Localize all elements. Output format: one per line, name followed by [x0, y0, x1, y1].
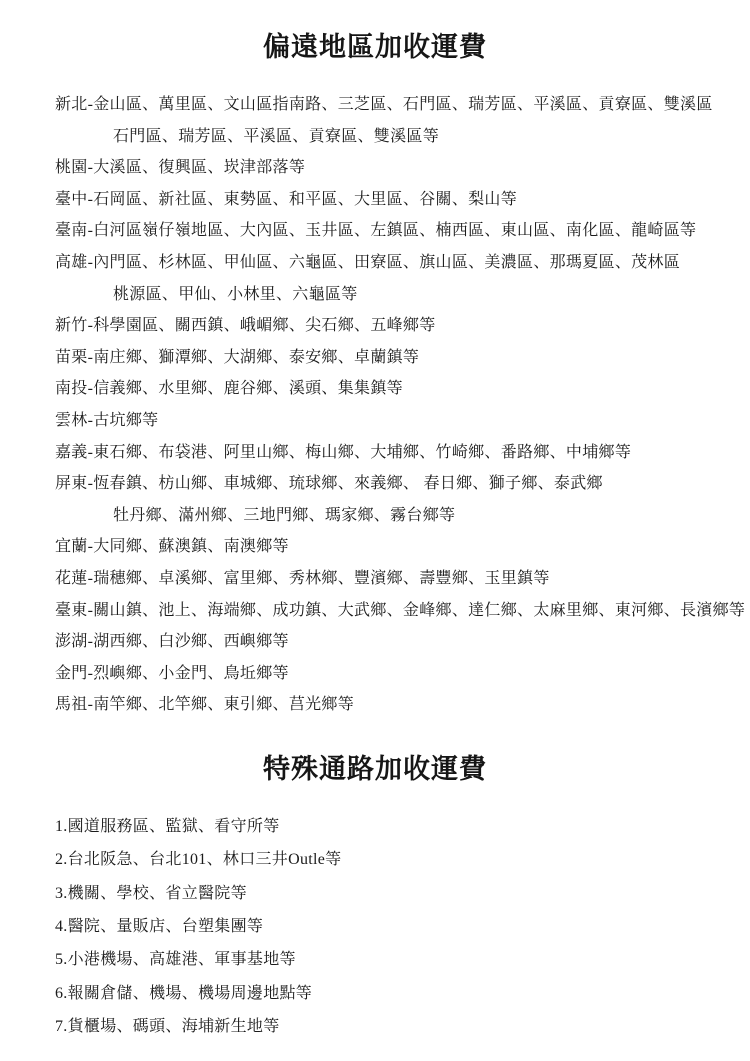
special-channel-section-title: 特殊通路加收運費 [0, 752, 750, 786]
remote-line-yilan: 宜蘭-大同鄉、蘇澳鎮、南澳鄉等 [55, 531, 740, 563]
remote-line-xinbei-cont: 石門區、瑞芳區、平溪區、貢寮區、雙溪區等 [55, 121, 740, 153]
remote-line-pingtung-cont: 牡丹鄉、滿州鄉、三地門鄉、瑪家鄉、霧台鄉等 [55, 500, 740, 532]
remote-area-section-title: 偏遠地區加收運費 [0, 30, 750, 64]
special-item-7: 7.貨櫃場、碼頭、海埔新生地等 [55, 1010, 740, 1043]
special-item-4: 4.醫院、量販店、台塑集團等 [55, 910, 740, 943]
remote-line-taoyuan: 桃園-大溪區、復興區、崁津部落等 [55, 152, 740, 184]
special-item-1: 1.國道服務區、監獄、看守所等 [55, 810, 740, 843]
remote-line-pingtung: 屏東-恆春鎮、枋山鄉、車城鄉、琉球鄉、來義鄉、 春日鄉、獅子鄉、泰武鄉 [55, 468, 740, 500]
remote-line-taitung: 臺東-關山鎮、池上、海端鄉、成功鎮、大武鄉、金峰鄉、達仁鄉、太麻里鄉、東河鄉、長… [55, 595, 740, 627]
remote-line-chiayi: 嘉義-東石鄉、布袋港、阿里山鄉、梅山鄉、大埔鄉、竹崎鄉、番路鄉、中埔鄉等 [55, 437, 740, 469]
remote-line-miaoli: 苗栗-南庄鄉、獅潭鄉、大湖鄉、泰安鄉、卓蘭鎮等 [55, 342, 740, 374]
shipping-surcharge-document: 偏遠地區加收運費 新北-金山區、萬里區、文山區指南路、三芝區、石門區、瑞芳區、平… [0, 0, 750, 1061]
remote-line-penghu: 澎湖-湖西鄉、白沙鄉、西嶼鄉等 [55, 626, 740, 658]
remote-line-xinbei: 新北-金山區、萬里區、文山區指南路、三芝區、石門區、瑞芳區、平溪區、貢寮區、雙溪… [55, 89, 740, 121]
remote-line-hualien: 花蓮-瑞穗鄉、卓溪鄉、富里鄉、秀林鄉、豐濱鄉、壽豐鄉、玉里鎮等 [55, 563, 740, 595]
remote-line-kaohsiung: 高雄-內門區、杉林區、甲仙區、六龜區、田寮區、旗山區、美濃區、那瑪夏區、茂林區 [55, 247, 740, 279]
remote-line-yunlin: 雲林-古坑鄉等 [55, 405, 740, 437]
remote-line-tainan: 臺南-白河區嶺仔嶺地區、大內區、玉井區、左鎮區、楠西區、東山區、南化區、龍崎區等 [55, 215, 740, 247]
remote-line-nantou: 南投-信義鄉、水里鄉、鹿谷鄉、溪頭、集集鎮等 [55, 373, 740, 405]
special-item-2: 2.台北阪急、台北101、林口三井Outle等 [55, 843, 740, 876]
remote-line-kaohsiung-cont: 桃源區、甲仙、小林里、六龜區等 [55, 279, 740, 311]
remote-line-matsu: 馬祖-南竿鄉、北竿鄉、東引鄉、莒光鄉等 [55, 689, 740, 721]
special-channel-list: 1.國道服務區、監獄、看守所等 2.台北阪急、台北101、林口三井Outle等 … [0, 810, 750, 1044]
remote-area-list: 新北-金山區、萬里區、文山區指南路、三芝區、石門區、瑞芳區、平溪區、貢寮區、雙溪… [0, 89, 750, 721]
special-item-3: 3.機關、學校、省立醫院等 [55, 877, 740, 910]
special-item-5: 5.小港機場、高雄港、軍事基地等 [55, 943, 740, 976]
special-item-6: 6.報關倉儲、機場、機場周邊地點等 [55, 977, 740, 1010]
remote-line-hsinchu: 新竹-科學園區、關西鎮、峨嵋鄉、尖石鄉、五峰鄉等 [55, 310, 740, 342]
remote-line-taichung: 臺中-石岡區、新社區、東勢區、和平區、大里區、谷關、梨山等 [55, 184, 740, 216]
remote-line-kinmen: 金門-烈嶼鄉、小金門、鳥坵鄉等 [55, 658, 740, 690]
